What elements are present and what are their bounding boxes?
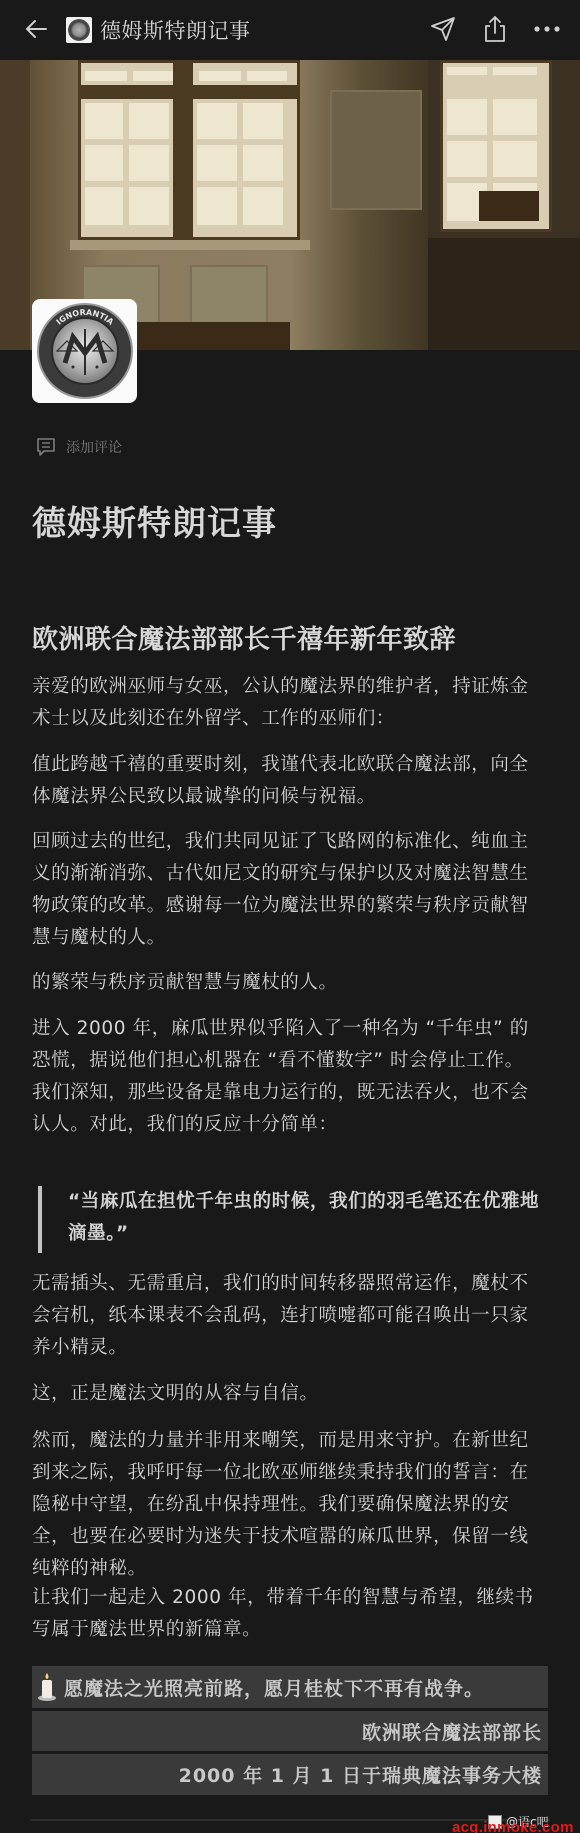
seal-icon	[68, 19, 90, 41]
top-bar: 德姆斯特朗记事	[0, 0, 580, 60]
callout-date-place: 2000 年 1 月 1 日于瑞典魔法事务大楼	[32, 1754, 548, 1795]
paper-plane-icon	[429, 15, 457, 43]
share-upload-icon	[482, 14, 508, 44]
send-button[interactable]	[428, 14, 458, 44]
comment-icon	[36, 437, 56, 457]
paragraph-confidence: 这，正是魔法文明的从容与自信。	[32, 1378, 542, 1410]
callout-blessing: 愿魔法之光照亮前路，愿月桂杖下不再有战争。	[32, 1666, 548, 1708]
page-icon	[66, 17, 92, 43]
callout-signature-text: 欧洲联合魔法部部长	[362, 1718, 542, 1745]
page-title: 德姆斯特朗记事	[32, 496, 277, 545]
more-button[interactable]	[532, 14, 562, 44]
paragraph-wishes: 值此跨越千禧的重要时刻，我谨代表北欧联合魔法部，向全体魔法界公民致以最诚挚的问候…	[32, 749, 542, 813]
more-dots-icon	[533, 24, 561, 34]
add-comment-button[interactable]: 添加评论	[36, 437, 122, 457]
avatar[interactable]: IGNORANTIA	[32, 299, 137, 403]
callout-signature: 欧洲联合魔法部部长	[32, 1711, 548, 1751]
paragraph-review: 回顾过去的世纪，我们共同见证了飞路网的标准化、纯血主义的渐渐消弥、古代如尼文的研…	[32, 826, 542, 954]
share-button[interactable]	[480, 14, 510, 44]
ministry-seal-icon: IGNORANTIA	[35, 301, 135, 401]
article-heading: 欧洲联合魔法部部长千禧年新年致辞	[32, 619, 456, 656]
paragraph-no-plug: 无需插头、无需重启，我们的时间转移器照常运作，魔杖不会宕机，纸本课表不会乱码，连…	[32, 1268, 542, 1364]
candle-icon	[36, 1672, 58, 1702]
watermark-site: acg.inmoke.com	[452, 1819, 574, 1833]
paragraph-y2k: 进入 2000 年，麻瓜世界似乎陷入了一种名为 “千年虫” 的恐慌，据说他们担心…	[32, 1013, 542, 1141]
paragraph-greeting: 亲爱的欧洲巫师与女巫，公认的魔法界的维护者，持证炼金术士以及此刻还在外留学、工作…	[32, 671, 542, 735]
back-button[interactable]	[22, 14, 52, 44]
topbar-title: 德姆斯特朗记事	[100, 15, 251, 45]
paragraph-duplicate: 的繁荣与秩序贡献智慧与魔杖的人。	[32, 967, 542, 999]
arrow-left-icon	[22, 14, 52, 44]
callout-blessing-text: 愿魔法之光照亮前路，愿月桂杖下不再有战争。	[64, 1674, 484, 1701]
paragraph-closing: 让我们一起走入 2000 年，带着千年的智慧与希望，继续书写属于魔法世界的新篇章…	[32, 1582, 542, 1646]
blockquote: “当麻瓜在担忧千年虫的时候，我们的羽毛笔还在优雅地滴墨。”	[38, 1186, 543, 1253]
paragraph-protect: 然而，魔法的力量并非用来嘲笑，而是用来守护。在新世纪到来之际，我呼吁每一位北欧巫…	[32, 1425, 542, 1585]
callout-date-text: 2000 年 1 月 1 日于瑞典魔法事务大楼	[179, 1761, 542, 1788]
add-comment-label: 添加评论	[66, 437, 122, 457]
